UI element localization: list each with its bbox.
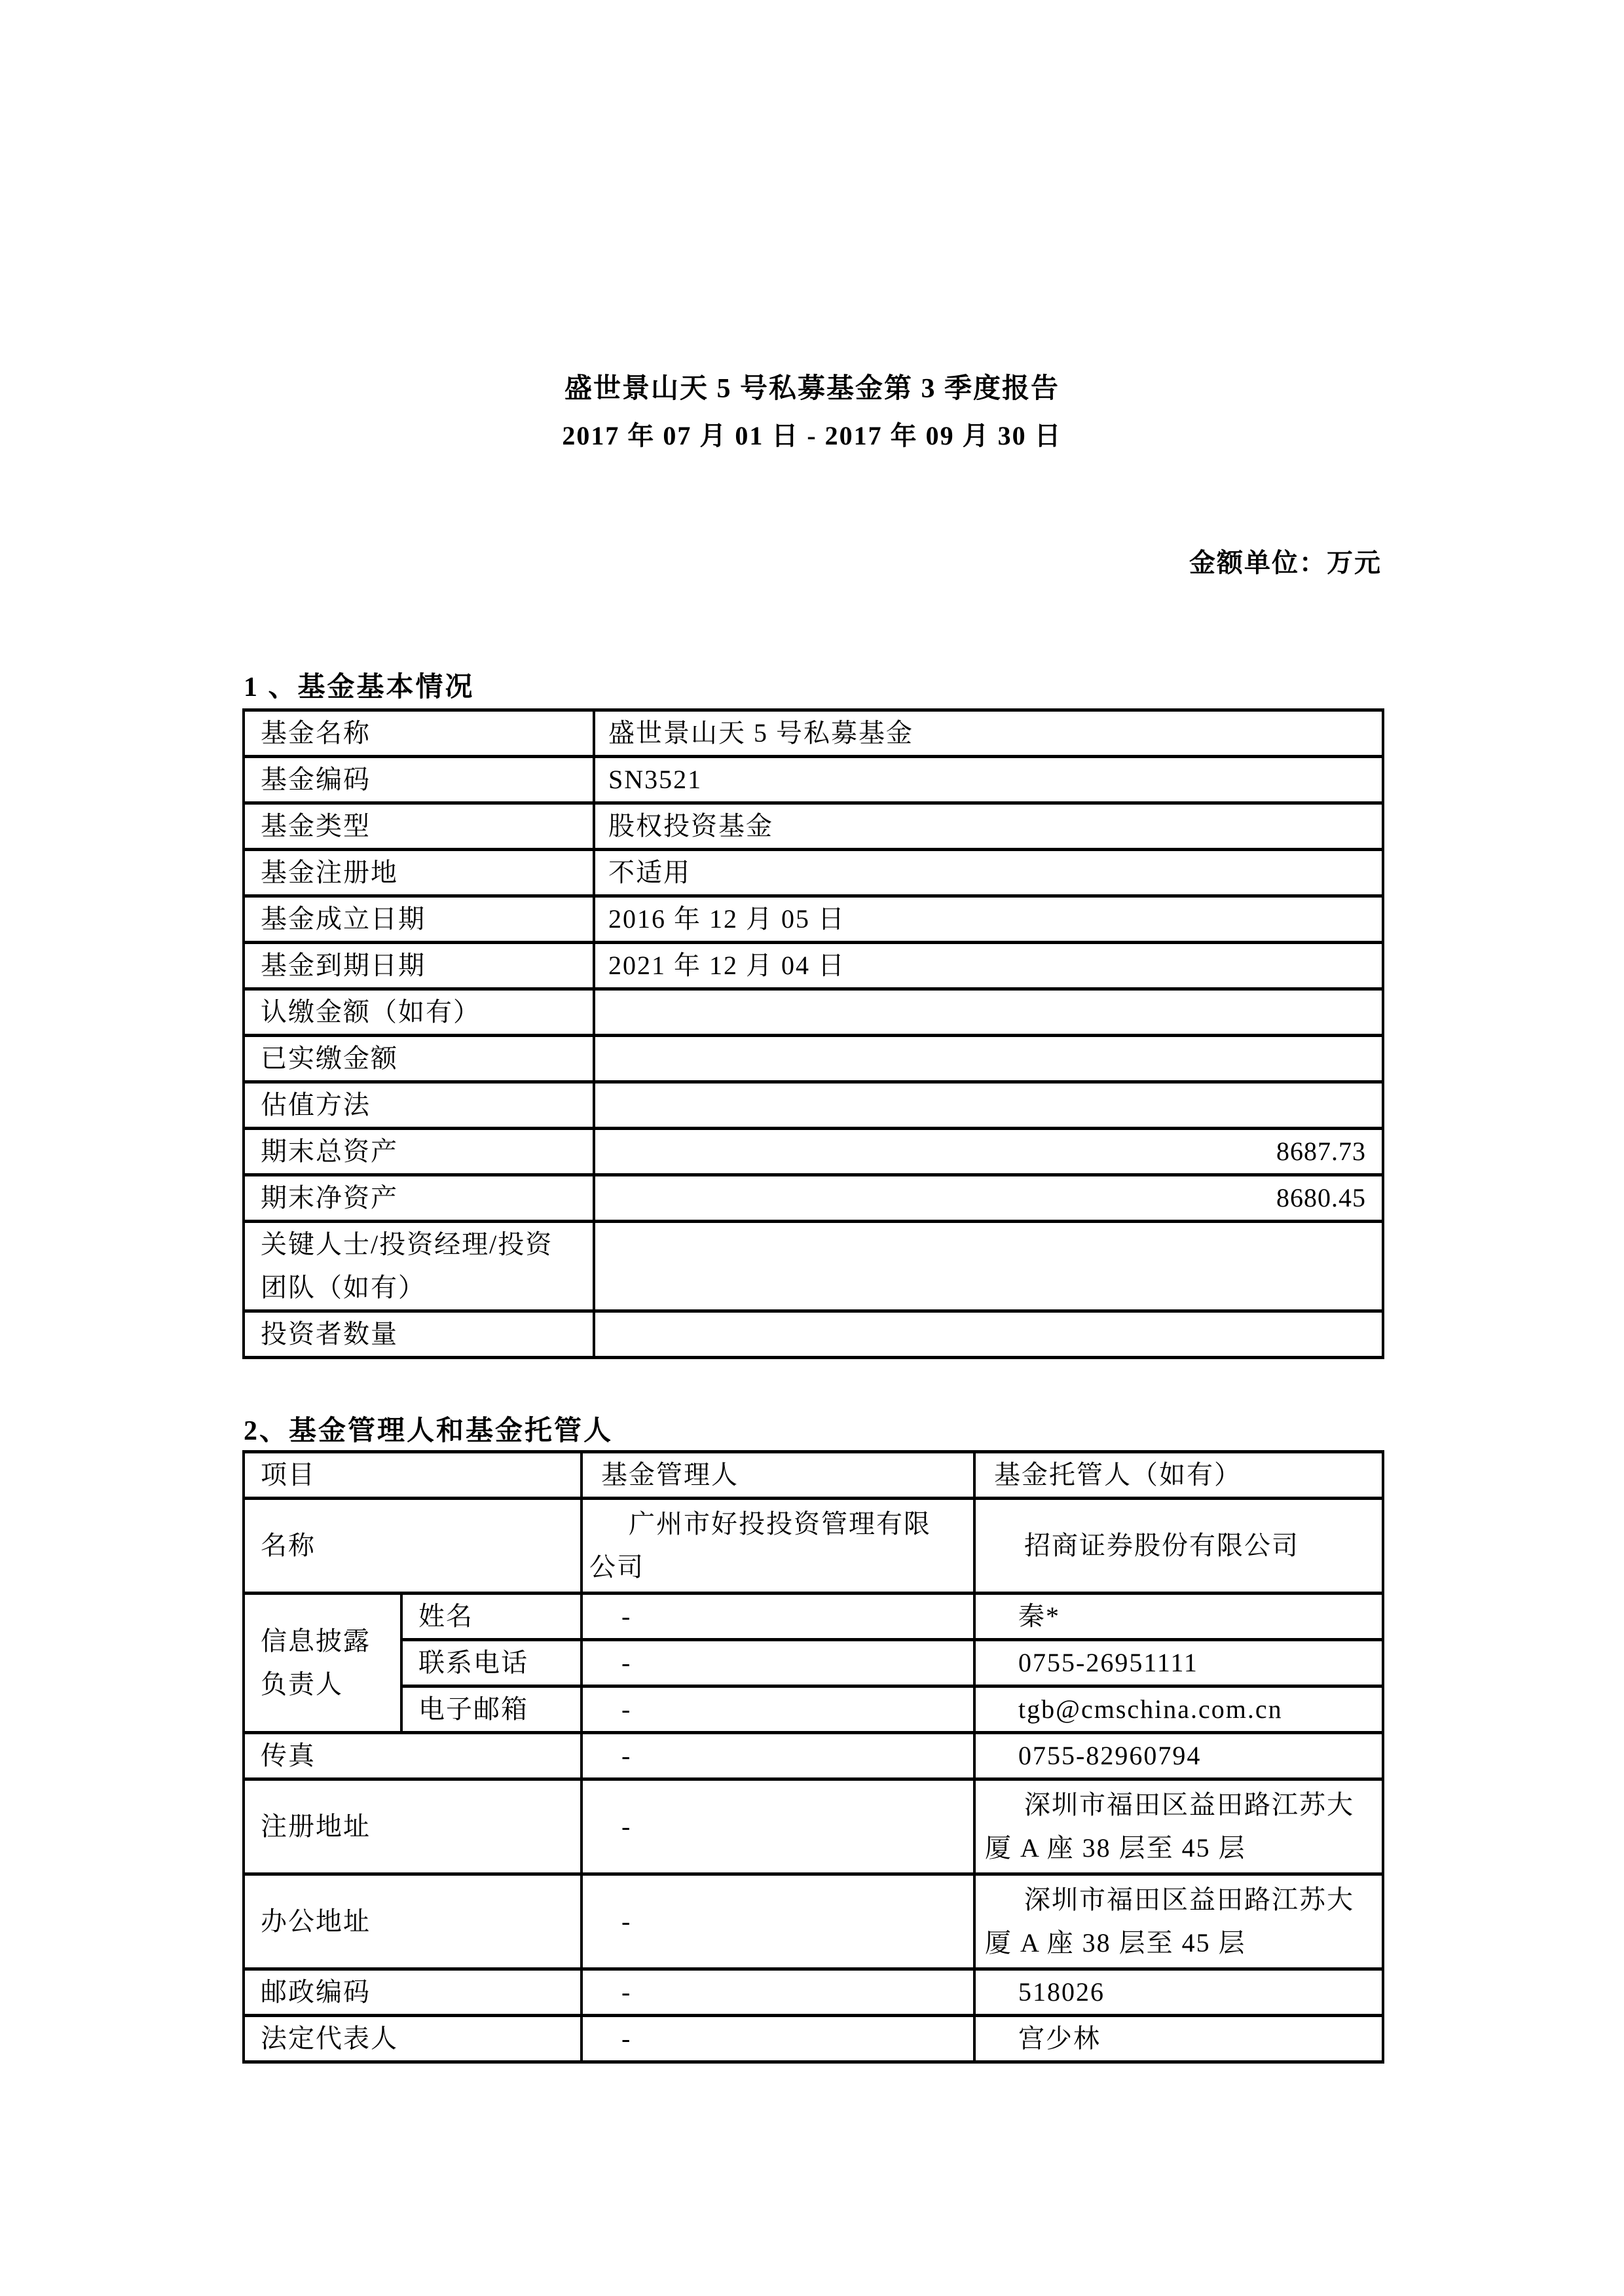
table-row: 法定代表人 - 宫少林	[244, 2016, 1383, 2062]
table-row: 投资者数量	[244, 1311, 1383, 1358]
row-label: 法定代表人	[244, 2016, 581, 2062]
table-row: 名称 广州市好投投资管理有限公司 招商证券股份有限公司	[244, 1499, 1383, 1594]
info-value: 不适用	[594, 850, 1383, 896]
disclosure-officer-label: 信息披露负责人	[244, 1594, 401, 1733]
table-row: 基金名称 盛世景山天 5 号私募基金	[244, 710, 1383, 757]
column-header-manager: 基金管理人	[581, 1452, 974, 1499]
info-value	[594, 1311, 1383, 1358]
table-row: 认缴金额（如有）	[244, 989, 1383, 1036]
table-row: 基金类型 股权投资基金	[244, 803, 1383, 850]
section2-heading: 2、基金管理人和基金托管人	[244, 1409, 613, 1448]
info-value	[594, 1082, 1383, 1129]
info-value: 盛世景山天 5 号私募基金	[594, 710, 1383, 757]
table-row: 注册地址 - 深圳市福田区益田路江苏大厦 A 座 38 层至 45 层	[244, 1779, 1383, 1874]
info-value: 8680.45	[594, 1175, 1383, 1222]
row-label: 邮政编码	[244, 1969, 581, 2016]
info-value: 2021 年 12 月 04 日	[594, 943, 1383, 989]
row-label: 传真	[244, 1733, 581, 1779]
row-label: 联系电话	[401, 1640, 581, 1686]
row-label: 电子邮箱	[401, 1686, 581, 1733]
table-row: 关键人士/投资经理/投资团队（如有）	[244, 1222, 1383, 1311]
manager-value: -	[581, 1640, 974, 1686]
custodian-value: 0755-26951111	[974, 1640, 1383, 1686]
table-header-row: 项目 基金管理人 基金托管人（如有）	[244, 1452, 1383, 1499]
manager-value: -	[581, 1733, 974, 1779]
manager-value: -	[581, 1686, 974, 1733]
info-label: 认缴金额（如有）	[244, 989, 594, 1036]
manager-custodian-table: 项目 基金管理人 基金托管人（如有） 名称 广州市好投投资管理有限公司 招商证券…	[242, 1450, 1384, 2064]
table-row: 信息披露负责人 姓名 - 秦*	[244, 1594, 1383, 1640]
custodian-value: tgb@cmschina.com.cn	[974, 1686, 1383, 1733]
amount-unit-note: 金额单位：万元	[1189, 542, 1382, 579]
manager-value: -	[581, 1874, 974, 1969]
row-label: 姓名	[401, 1594, 581, 1640]
table-row: 估值方法	[244, 1082, 1383, 1129]
row-label: 办公地址	[244, 1874, 581, 1969]
info-label: 基金类型	[244, 803, 594, 850]
table-row: 邮政编码 - 518026	[244, 1969, 1383, 2016]
report-period: 2017 年 07 月 01 日 - 2017 年 09 月 30 日	[0, 415, 1624, 452]
table-row: 电子邮箱 - tgb@cmschina.com.cn	[244, 1686, 1383, 1733]
info-value	[594, 1036, 1383, 1082]
table-row: 联系电话 - 0755-26951111	[244, 1640, 1383, 1686]
doc-title: 盛世景山天 5 号私募基金第 3 季度报告	[0, 367, 1624, 406]
report-page: 盛世景山天 5 号私募基金第 3 季度报告 2017 年 07 月 01 日 -…	[0, 0, 1624, 2296]
manager-value: -	[581, 2016, 974, 2062]
info-value: 股权投资基金	[594, 803, 1383, 850]
manager-value: -	[581, 1969, 974, 2016]
info-label: 基金到期日期	[244, 943, 594, 989]
section1-heading: 1 、基金基本情况	[244, 665, 475, 704]
custodian-value: 518026	[974, 1969, 1383, 2016]
manager-value: -	[581, 1779, 974, 1874]
table-row: 基金注册地 不适用	[244, 850, 1383, 896]
row-label: 名称	[244, 1499, 581, 1594]
manager-name: 广州市好投投资管理有限公司	[581, 1499, 974, 1594]
info-label: 估值方法	[244, 1082, 594, 1129]
info-value	[594, 989, 1383, 1036]
info-label: 关键人士/投资经理/投资团队（如有）	[244, 1222, 594, 1311]
info-label: 基金名称	[244, 710, 594, 757]
info-value	[594, 1222, 1383, 1311]
fund-basic-info-table: 基金名称 盛世景山天 5 号私募基金 基金编码 SN3521 基金类型 股权投资…	[242, 708, 1384, 1359]
row-label: 注册地址	[244, 1779, 581, 1874]
table-row: 期末净资产 8680.45	[244, 1175, 1383, 1222]
table-row: 传真 - 0755-82960794	[244, 1733, 1383, 1779]
custodian-name: 招商证券股份有限公司	[974, 1499, 1383, 1594]
custodian-value: 深圳市福田区益田路江苏大厦 A 座 38 层至 45 层	[974, 1779, 1383, 1874]
info-label: 期末总资产	[244, 1129, 594, 1175]
table-row: 基金成立日期 2016 年 12 月 05 日	[244, 896, 1383, 943]
info-value: 2016 年 12 月 05 日	[594, 896, 1383, 943]
custodian-value: 深圳市福田区益田路江苏大厦 A 座 38 层至 45 层	[974, 1874, 1383, 1969]
custodian-value: 0755-82960794	[974, 1733, 1383, 1779]
info-label: 基金注册地	[244, 850, 594, 896]
custodian-value: 宫少林	[974, 2016, 1383, 2062]
column-header-item: 项目	[244, 1452, 581, 1499]
table-row: 办公地址 - 深圳市福田区益田路江苏大厦 A 座 38 层至 45 层	[244, 1874, 1383, 1969]
table-row: 已实缴金额	[244, 1036, 1383, 1082]
table-row: 基金编码 SN3521	[244, 757, 1383, 803]
column-header-custodian: 基金托管人（如有）	[974, 1452, 1383, 1499]
manager-value: -	[581, 1594, 974, 1640]
info-label: 基金成立日期	[244, 896, 594, 943]
table-row: 期末总资产 8687.73	[244, 1129, 1383, 1175]
info-value: 8687.73	[594, 1129, 1383, 1175]
info-label: 期末净资产	[244, 1175, 594, 1222]
custodian-value: 秦*	[974, 1594, 1383, 1640]
table-row: 基金到期日期 2021 年 12 月 04 日	[244, 943, 1383, 989]
info-label: 投资者数量	[244, 1311, 594, 1358]
info-label: 已实缴金额	[244, 1036, 594, 1082]
info-value: SN3521	[594, 757, 1383, 803]
info-label: 基金编码	[244, 757, 594, 803]
